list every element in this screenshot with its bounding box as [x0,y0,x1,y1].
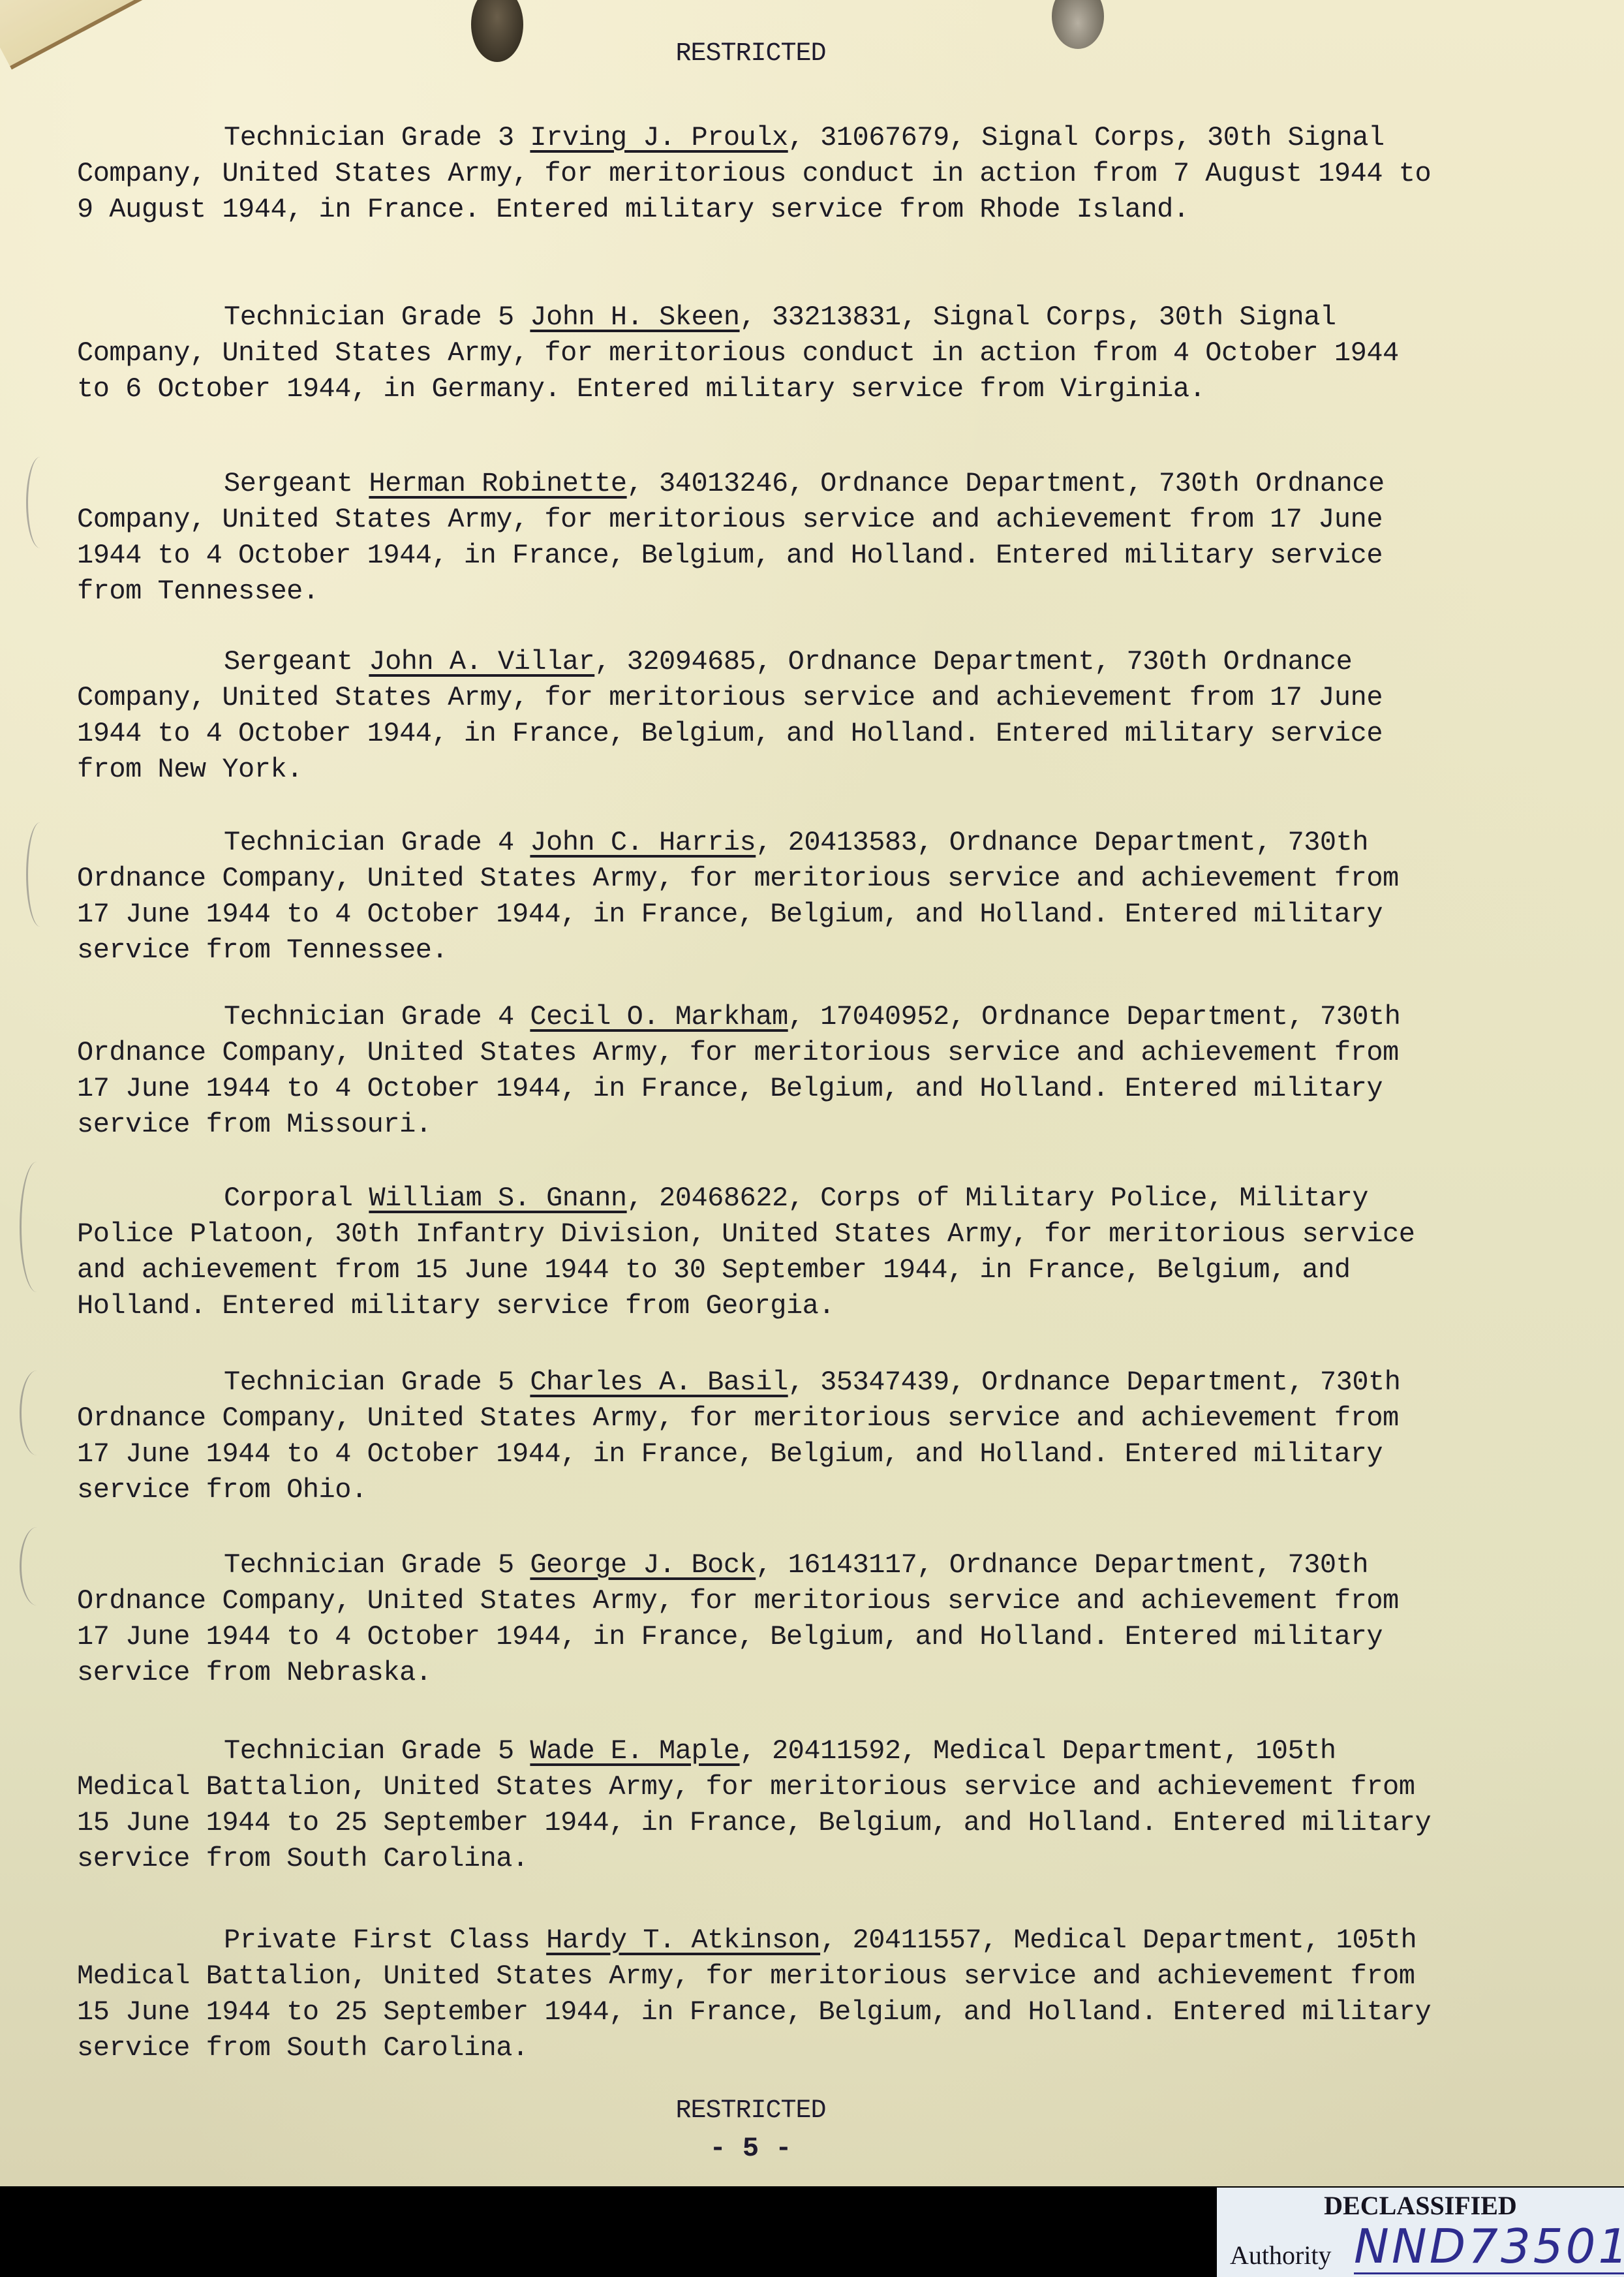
recipient-name: John C. Harris [530,827,756,858]
pencil-margin-mark [20,1371,54,1455]
citation-paragraph: Sergeant Herman Robinette, 34013246, Ord… [77,466,1434,610]
recipient-name: George J. Bock [530,1549,756,1581]
authority-value: NND735017 [1354,2220,1624,2274]
rank: Sergeant [224,468,353,499]
rank: Technician Grade 3 [224,122,514,153]
recipient-name: Wade E. Maple [530,1735,739,1767]
rank: Technician Grade 4 [224,827,514,858]
header-classification: RESTRICTED [0,39,1624,69]
footer-classification: RESTRICTED [0,2096,1624,2126]
authority-label: Authority [1230,2240,1332,2270]
citation-paragraph: Technician Grade 5 Wade E. Maple, 204115… [77,1733,1434,1877]
recipient-name: John H. Skeen [530,302,739,333]
rank: Technician Grade 4 [224,1001,514,1032]
citation-paragraph: Private First Class Hardy T. Atkinson, 2… [77,1923,1434,2066]
citation-paragraph: Corporal William S. Gnann, 20468622, Cor… [77,1181,1434,1324]
citation-paragraph: Technician Grade 5 John H. Skeen, 332138… [77,300,1434,407]
recipient-name: William S. Gnann [369,1183,626,1214]
declassified-title: DECLASSIFIED [1217,2190,1624,2221]
recipient-name: Hardy T. Atkinson [546,1925,820,1956]
pencil-margin-mark [20,1162,54,1292]
citation-paragraph: Technician Grade 5 Charles A. Basil, 353… [77,1365,1434,1508]
rank: Technician Grade 5 [224,302,514,333]
pencil-margin-mark [20,1527,54,1605]
recipient-name: Charles A. Basil [530,1367,788,1398]
citation-paragraph: Technician Grade 4 Cecil O. Markham, 170… [77,999,1434,1143]
page-number: - 5 - [0,2133,1624,2164]
recipient-name: Cecil O. Markham [530,1001,788,1032]
citation-paragraph: Technician Grade 3 Irving J. Proulx, 310… [77,120,1434,228]
rank: Technician Grade 5 [224,1367,514,1398]
recipient-name: John A. Villar [369,646,594,677]
rank: Private First Class [224,1925,530,1956]
rank: Sergeant [224,646,353,677]
citation-paragraph: Technician Grade 4 John C. Harris, 20413… [77,825,1434,968]
rank: Technician Grade 5 [224,1549,514,1581]
rank: Corporal [224,1183,353,1214]
rank: Technician Grade 5 [224,1735,514,1767]
citation-paragraph: Technician Grade 5 George J. Bock, 16143… [77,1547,1434,1691]
recipient-name: Irving J. Proulx [530,122,788,153]
pencil-margin-mark [26,457,54,548]
recipient-name: Herman Robinette [369,468,626,499]
pencil-margin-mark [26,822,54,927]
declassified-stamp: DECLASSIFIED Authority NND735017 [1217,2188,1624,2277]
document-page: RESTRICTED Technician Grade 3 Irving J. … [0,0,1624,2186]
citation-paragraph: Sergeant John A. Villar, 32094685, Ordna… [77,644,1434,788]
